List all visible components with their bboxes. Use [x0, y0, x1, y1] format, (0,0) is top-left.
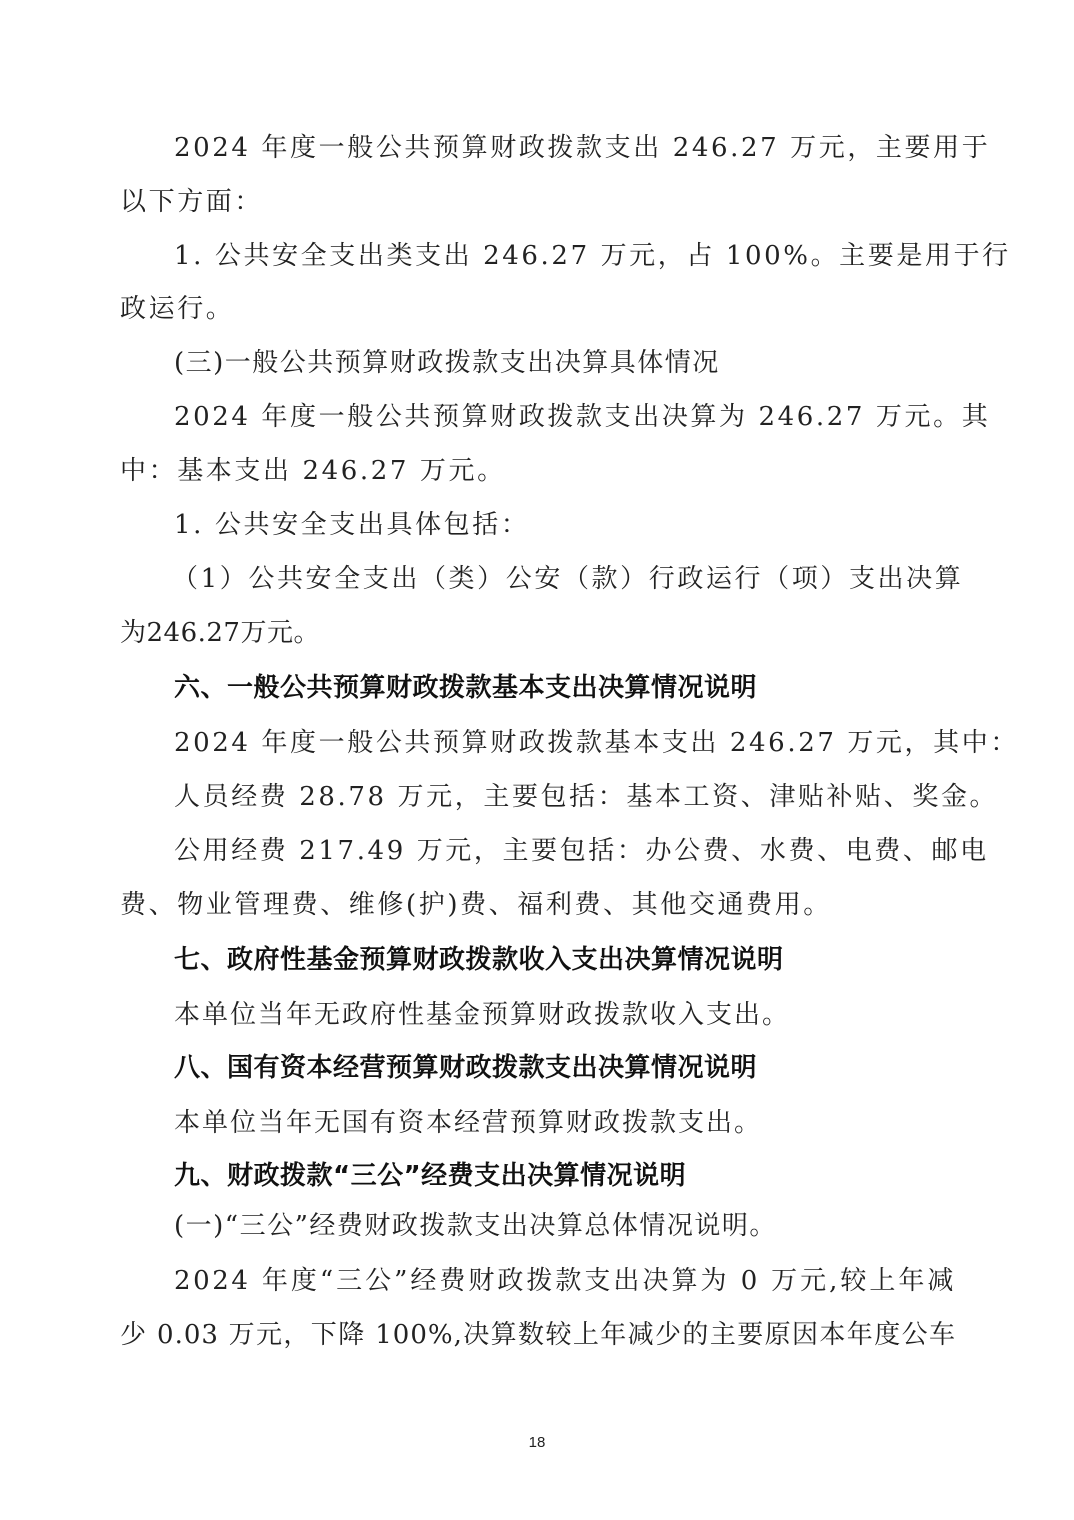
paragraph-basic-expenditure: 2024 年度一般公共预算财政拨款基本支出 246.27 万元，其中： [174, 727, 956, 759]
paragraph-final-accounts-total-line-2: 中：基本支出 246.27 万元。 [120, 455, 960, 487]
paragraph-no-state-capital: 本单位当年无国有资本经营预算财政拨款支出。 [174, 1107, 1014, 1139]
heading-section-7: 七、政府性基金预算财政拨款收入支出决算情况说明 [174, 944, 1014, 976]
paragraph-public-expenses-line-1: 公用经费 217.49 万元，主要包括：办公费、水费、电费、邮电 [174, 835, 956, 867]
heading-section-8: 八、国有资本经营预算财政拨款支出决算情况说明 [174, 1052, 1014, 1084]
paragraph-public-security-share-line-1: 1. 公共安全支出类支出 246.27 万元，占 100%。主要是用于行 [174, 240, 956, 272]
paragraph-final-accounts-total-line-1: 2024 年度一般公共预算财政拨款支出决算为 246.27 万元。其 [174, 401, 956, 433]
paragraph-public-expenses-line-2: 费、物业管理费、维修(护)费、福利费、其他交通费用。 [120, 889, 960, 921]
paragraph-public-security-share-line-2: 政运行。 [120, 293, 960, 325]
heading-section-9: 九、财政拨款“三公”经费支出决算情况说明 [174, 1160, 1014, 1192]
paragraph-admin-operation-line-1: （1）公共安全支出（类）公安（款）行政运行（项）支出决算 [172, 563, 956, 595]
paragraph-three-public-total-line-2: 少 0.03 万元，下降 100%,决算数较上年减少的主要原因本年度公车 [120, 1319, 956, 1351]
document-page: 2024 年度一般公共预算财政拨款支出 246.27 万元，主要用于 以下方面：… [0, 0, 1074, 1520]
heading-section-6: 六、一般公共预算财政拨款基本支出决算情况说明 [174, 672, 1014, 704]
paragraph-personnel-expenses: 人员经费 28.78 万元，主要包括：基本工资、津贴补贴、奖金。 [174, 781, 956, 813]
paragraph-admin-operation-line-2: 为246.27万元。 [120, 617, 960, 649]
paragraph-public-security-includes: 1. 公共安全支出具体包括： [174, 509, 1014, 541]
paragraph-general-budget-expenditure-line-2: 以下方面： [120, 186, 960, 218]
paragraph-no-government-fund: 本单位当年无政府性基金预算财政拨款收入支出。 [174, 999, 1014, 1031]
paragraph-general-budget-expenditure-line-1: 2024 年度一般公共预算财政拨款支出 246.27 万元，主要用于 [174, 132, 956, 164]
subheading-expenditure-details: (三)一般公共预算财政拨款支出决算具体情况 [174, 347, 1014, 379]
page-number: 18 [0, 1434, 1074, 1451]
subheading-three-public-overview: (一)“三公”经费财政拨款支出决算总体情况说明。 [174, 1210, 1014, 1242]
paragraph-three-public-total-line-1: 2024 年度“三公”经费财政拨款支出决算为 0 万元,较上年减 [174, 1265, 956, 1297]
